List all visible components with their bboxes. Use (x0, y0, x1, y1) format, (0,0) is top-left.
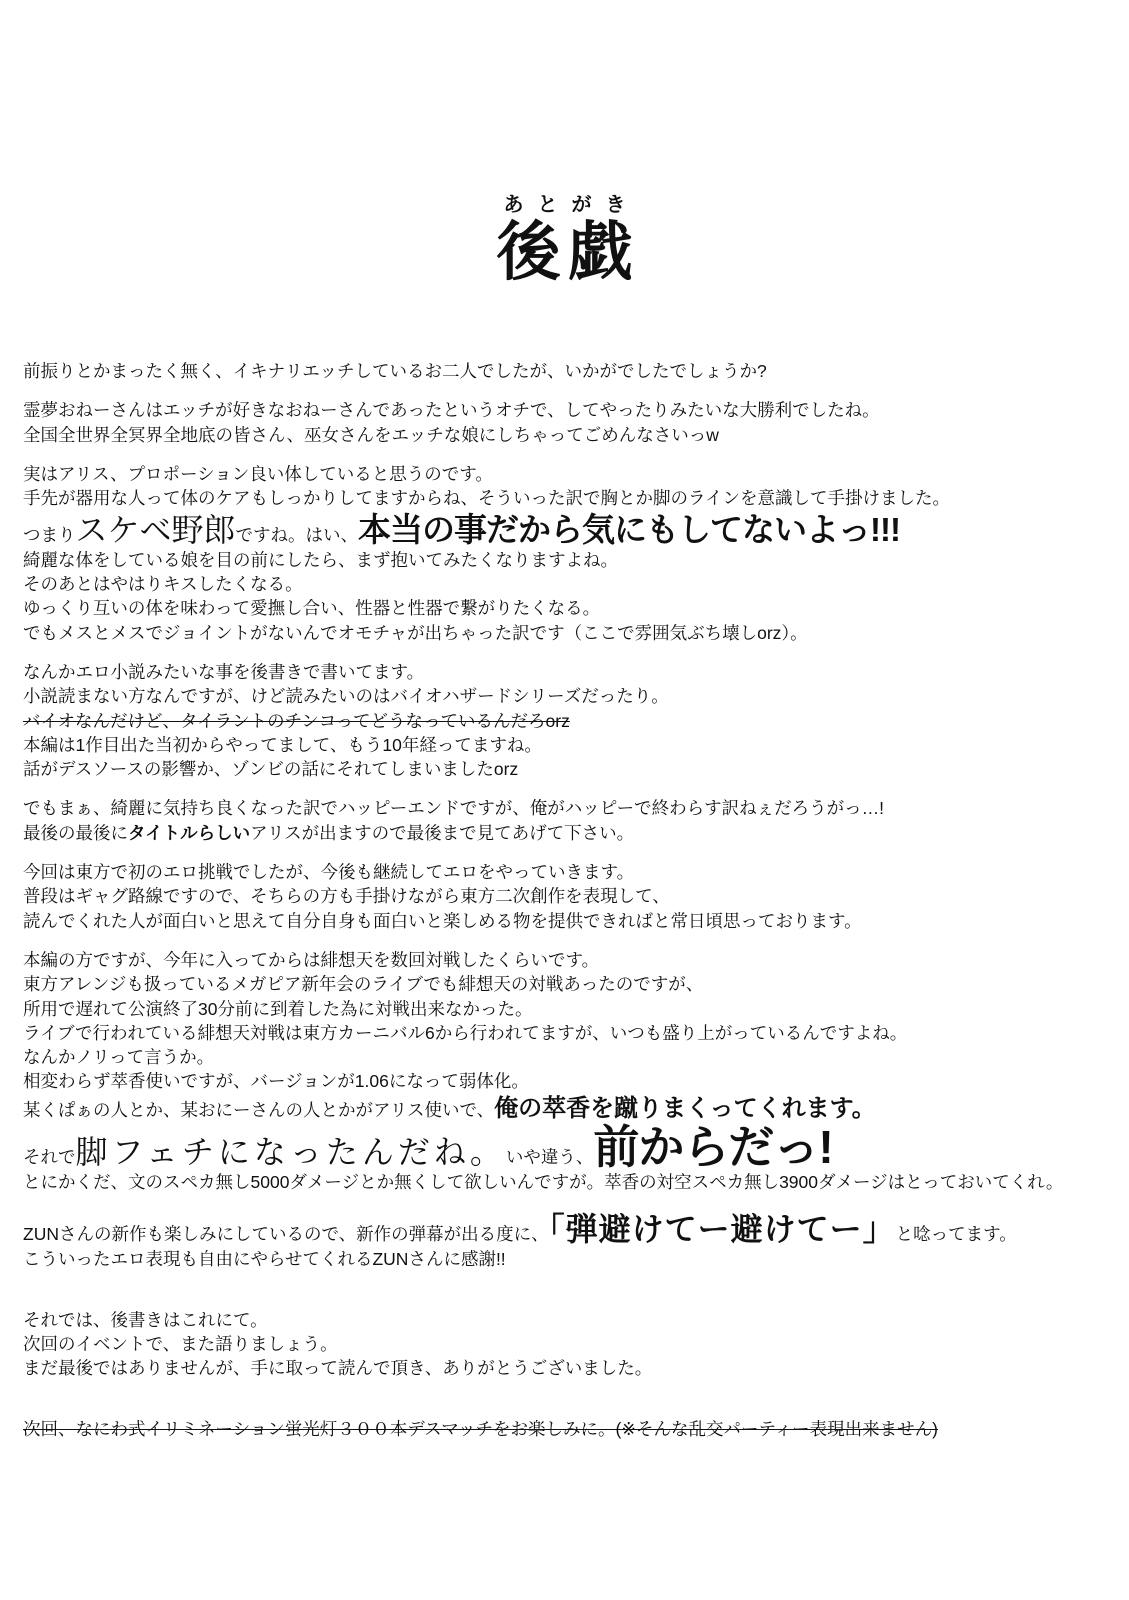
text-line: 実はアリス、プロポーション良い体していると思うのです。 (23, 463, 1123, 487)
paragraph: 次回、なにわ式イリミネーション蛍光灯３００本デスマッチをお楽しみに。(※そんな乱… (23, 1418, 1123, 1442)
text-segment: 俺の萃香を蹴りまくってくれます。 (494, 1095, 876, 1122)
afterword-page: あとがき 後戯 前振りとかまったく無く、イキナリエッチしているお二人でしたが、い… (0, 0, 1129, 1600)
paragraph: それでは、後書きはこれにて。次回のイベントで、また語りましょう。まだ最後ではあり… (23, 1309, 1123, 1382)
text-segment: 綺麗な体をしている娘を目の前にしたら、まず抱いてみたくなりますよね。 (23, 550, 618, 570)
text-segment: とにかくだ、文のスペカ無し5000ダメージとか無くして欲しいんですが。萃香の対空… (23, 1172, 1063, 1192)
text-line: 次回、なにわ式イリミネーション蛍光灯３００本デスマッチをお楽しみに。(※そんな乱… (23, 1418, 1123, 1442)
text-line: こういったエロ表現も自由にやらせてくれるZUNさんに感謝!! (23, 1248, 1123, 1272)
text-segment: 普段はギャグ路線ですので、そちらの方も手掛けながら東方二次創作を表現して、 (23, 886, 670, 906)
paragraph: 実はアリス、プロポーション良い体していると思うのです。手先が器用な人って体のケア… (23, 463, 1123, 646)
text-segment: でもまぁ、綺麗に気持ち良くなった訳でハッピーエンドですが、俺がハッピーで終わらす… (23, 798, 884, 818)
text-segment: いや違う、 (506, 1147, 594, 1167)
text-segment: 読んでくれた人が面白いと思えて自分自身も面白いと楽しめる物を提供できればと常日頃… (23, 911, 862, 931)
text-line: とにかくだ、文のスペカ無し5000ダメージとか無くして欲しいんですが。萃香の対空… (23, 1171, 1123, 1195)
text-line: でもメスとメスでジョイントがないんでオモチャが出ちゃった訳です（ここで雰囲気ぶち… (23, 622, 1123, 646)
text-line: ライブで行われている緋想天対戦は東方カーニバル6から行われてますが、いつも盛り上… (23, 1022, 1123, 1046)
title-furigana: あとがき (0, 193, 1129, 217)
text-segment: こういったエロ表現も自由にやらせてくれるZUNさんに感謝!! (23, 1249, 506, 1269)
text-line: 東方アレンジも扱っているメガピア新年会のライブでも緋想天の対戦あったのですが、 (23, 973, 1123, 997)
text-line: でもまぁ、綺麗に気持ち良くなった訳でハッピーエンドですが、俺がハッピーで終わらす… (23, 797, 1123, 821)
text-line: 次回のイベントで、また語りましょう。 (23, 1333, 1123, 1357)
text-segment: 本編の方ですが、今年に入ってからは緋想天を数回対戦したくらいです。 (23, 950, 599, 970)
text-segment: なんかノリって言うか。 (23, 1047, 214, 1067)
text-line: 小説読まない方なんですが、けど読みたいのはバイオハザードシリーズだったり。 (23, 685, 1123, 709)
title-kanji: 後戯 (0, 217, 1129, 287)
text-segment: 前振りとかまったく無く、イキナリエッチしているお二人でしたが、いかがでしたでしょ… (23, 361, 767, 381)
text-segment: でもメスとメスでジョイントがないんでオモチャが出ちゃった訳です（ここで雰囲気ぶち… (23, 623, 808, 643)
text-segment: ライブで行われている緋想天対戦は東方カーニバル6から行われてますが、いつも盛り上… (23, 1023, 907, 1043)
text-segment: と唸ってます。 (896, 1224, 1017, 1244)
text-line: まだ最後ではありませんが、手に取って読んで頂き、ありがとうございました。 (23, 1357, 1123, 1381)
text-segment: スケベ野郎 (76, 512, 236, 548)
text-segment: 脚フェチになったんだね。 (76, 1134, 506, 1170)
text-line: ZUNさんの新作も楽しみにしているので、新作の弾幕が出る度に、「弾避けてー避けて… (23, 1210, 1123, 1248)
text-line: 前振りとかまったく無く、イキナリエッチしているお二人でしたが、いかがでしたでしょ… (23, 360, 1123, 384)
text-segment: ZUNさんの新作も楽しみにしているので、新作の弾幕が出る度に、 (23, 1224, 549, 1244)
text-segment: 所用で遅れて公演終了30分前に到着した為に対戦出来なかった。 (23, 999, 532, 1019)
text-segment: アリスが出ますので最後まで見てあげて下さい。 (250, 823, 634, 843)
text-line: なんかエロ小説みたいな事を後書きで書いてます。 (23, 661, 1123, 685)
text-segment: タイトルらしい (128, 823, 250, 843)
text-line: 読んでくれた人が面白いと思えて自分自身も面白いと楽しめる物を提供できればと常日頃… (23, 910, 1123, 934)
text-line: 綺麗な体をしている娘を目の前にしたら、まず抱いてみたくなりますよね。 (23, 549, 1123, 573)
text-line: バイオなんだけど、タイラントのチンコってどうなっているんだろorz (23, 710, 1123, 734)
text-segment: ですね。はい、 (236, 525, 359, 545)
text-segment: 小説読まない方なんですが、けど読みたいのはバイオハザードシリーズだったり。 (23, 686, 669, 706)
text-segment: 「弾避けてー避けてー」 (549, 1211, 896, 1247)
text-line: 本編の方ですが、今年に入ってからは緋想天を数回対戦したくらいです。 (23, 949, 1123, 973)
text-line: 話がデスソースの影響か、ゾンビの話にそれてしまいましたorz (23, 758, 1123, 782)
text-segment: まだ最後ではありませんが、手に取って読んで頂き、ありがとうございました。 (23, 1358, 652, 1378)
text-segment: 手先が器用な人って体のケアもしっかりしてますからね、そういった訳で胸とか脚のライ… (23, 488, 950, 508)
text-segment: 某くぱぁの人とか、某おにーさんの人とかがアリス使いで、 (23, 1100, 494, 1120)
text-line: 全国全世界全冥界全地底の皆さん、巫女さんをエッチな娘にしちゃってごめんなさいっw (23, 424, 1123, 448)
paragraph: 今回は東方で初のエロ挑戦でしたが、今後も継続してエロをやっていきます。普段はギャ… (23, 861, 1123, 934)
text-segment: 実はアリス、プロポーション良い体していると思うのです。 (23, 464, 493, 484)
text-segment: そのあとはやはりキスしたくなる。 (23, 574, 303, 594)
text-segment: つまり (23, 525, 76, 545)
text-segment: 前からだっ! (593, 1121, 832, 1173)
text-segment: 最後の最後に (23, 823, 128, 843)
text-line: そのあとはやはりキスしたくなる。 (23, 573, 1123, 597)
text-segment: 東方アレンジも扱っているメガピア新年会のライブでも緋想天の対戦あったのですが、 (23, 974, 703, 994)
text-line: 手先が器用な人って体のケアもしっかりしてますからね、そういった訳で胸とか脚のライ… (23, 487, 1123, 511)
text-segment: それで (23, 1147, 76, 1167)
text-line: 相変わらず萃香使いですが、バージョンが1.06になって弱体化。 (23, 1070, 1123, 1094)
strikethrough-text: バイオなんだけど、タイラントのチンコってどうなっているんだろorz (23, 711, 570, 731)
text-segment: 霊夢おねーさんはエッチが好きなおねーさんであったというオチで、してやったりみたい… (23, 400, 880, 420)
paragraph: でもまぁ、綺麗に気持ち良くなった訳でハッピーエンドですが、俺がハッピーで終わらす… (23, 797, 1123, 846)
text-segment: 相変わらず萃香使いですが、バージョンが1.06になって弱体化。 (23, 1071, 529, 1091)
paragraph: 霊夢おねーさんはエッチが好きなおねーさんであったというオチで、してやったりみたい… (23, 399, 1123, 448)
text-segment: 話がデスソースの影響か、ゾンビの話にそれてしまいましたorz (23, 759, 518, 779)
text-segment: なんかエロ小説みたいな事を後書きで書いてます。 (23, 662, 424, 682)
text-line: 今回は東方で初のエロ挑戦でしたが、今後も継続してエロをやっていきます。 (23, 861, 1123, 885)
document-body: 前振りとかまったく無く、イキナリエッチしているお二人でしたが、いかがでしたでしょ… (23, 360, 1123, 1442)
text-line: それで脚フェチになったんだね。いや違う、前からだっ! (23, 1123, 1123, 1171)
text-segment: 今回は東方で初のエロ挑戦でしたが、今後も継続してエロをやっていきます。 (23, 862, 634, 882)
text-line: 最後の最後にタイトルらしいアリスが出ますので最後まで見てあげて下さい。 (23, 822, 1123, 846)
text-line: 所用で遅れて公演終了30分前に到着した為に対戦出来なかった。 (23, 998, 1123, 1022)
paragraph: 本編の方ですが、今年に入ってからは緋想天を数回対戦したくらいです。東方アレンジも… (23, 949, 1123, 1195)
text-line: 某くぱぁの人とか、某おにーさんの人とかがアリス使いで、俺の萃香を蹴りまくってくれ… (23, 1095, 1123, 1123)
text-line: 霊夢おねーさんはエッチが好きなおねーさんであったというオチで、してやったりみたい… (23, 399, 1123, 423)
text-line: 本編は1作目出た当初からやってまして、もう10年経ってますね。 (23, 734, 1123, 758)
text-segment: ゆっくり互いの体を味わって愛撫し合い、性器と性器で繋がりたくなる。 (23, 598, 600, 618)
paragraph: なんかエロ小説みたいな事を後書きで書いてます。小説読まない方なんですが、けど読み… (23, 661, 1123, 782)
paragraph: ZUNさんの新作も楽しみにしているので、新作の弾幕が出る度に、「弾避けてー避けて… (23, 1210, 1123, 1272)
text-segment: 全国全世界全冥界全地底の皆さん、巫女さんをエッチな娘にしちゃってごめんなさいっw (23, 425, 719, 445)
strikethrough-text: 次回、なにわ式イリミネーション蛍光灯３００本デスマッチをお楽しみに。(※そんな乱… (23, 1419, 938, 1439)
text-line: 普段はギャグ路線ですので、そちらの方も手掛けながら東方二次創作を表現して、 (23, 885, 1123, 909)
page-title: あとがき 後戯 (0, 193, 1129, 287)
text-line: ゆっくり互いの体を味わって愛撫し合い、性器と性器で繋がりたくなる。 (23, 597, 1123, 621)
text-segment: 本編は1作目出た当初からやってまして、もう10年経ってますね。 (23, 735, 542, 755)
text-line: それでは、後書きはこれにて。 (23, 1309, 1123, 1333)
text-line: なんかノリって言うか。 (23, 1046, 1123, 1070)
text-segment: 本当の事だから気にもしてないよっ!!! (358, 511, 900, 548)
paragraph: 前振りとかまったく無く、イキナリエッチしているお二人でしたが、いかがでしたでしょ… (23, 360, 1123, 384)
text-line: つまりスケベ野郎ですね。はい、本当の事だから気にもしてないよっ!!! (23, 511, 1123, 548)
text-segment: 次回のイベントで、また語りましょう。 (23, 1334, 338, 1354)
text-segment: それでは、後書きはこれにて。 (23, 1310, 268, 1330)
